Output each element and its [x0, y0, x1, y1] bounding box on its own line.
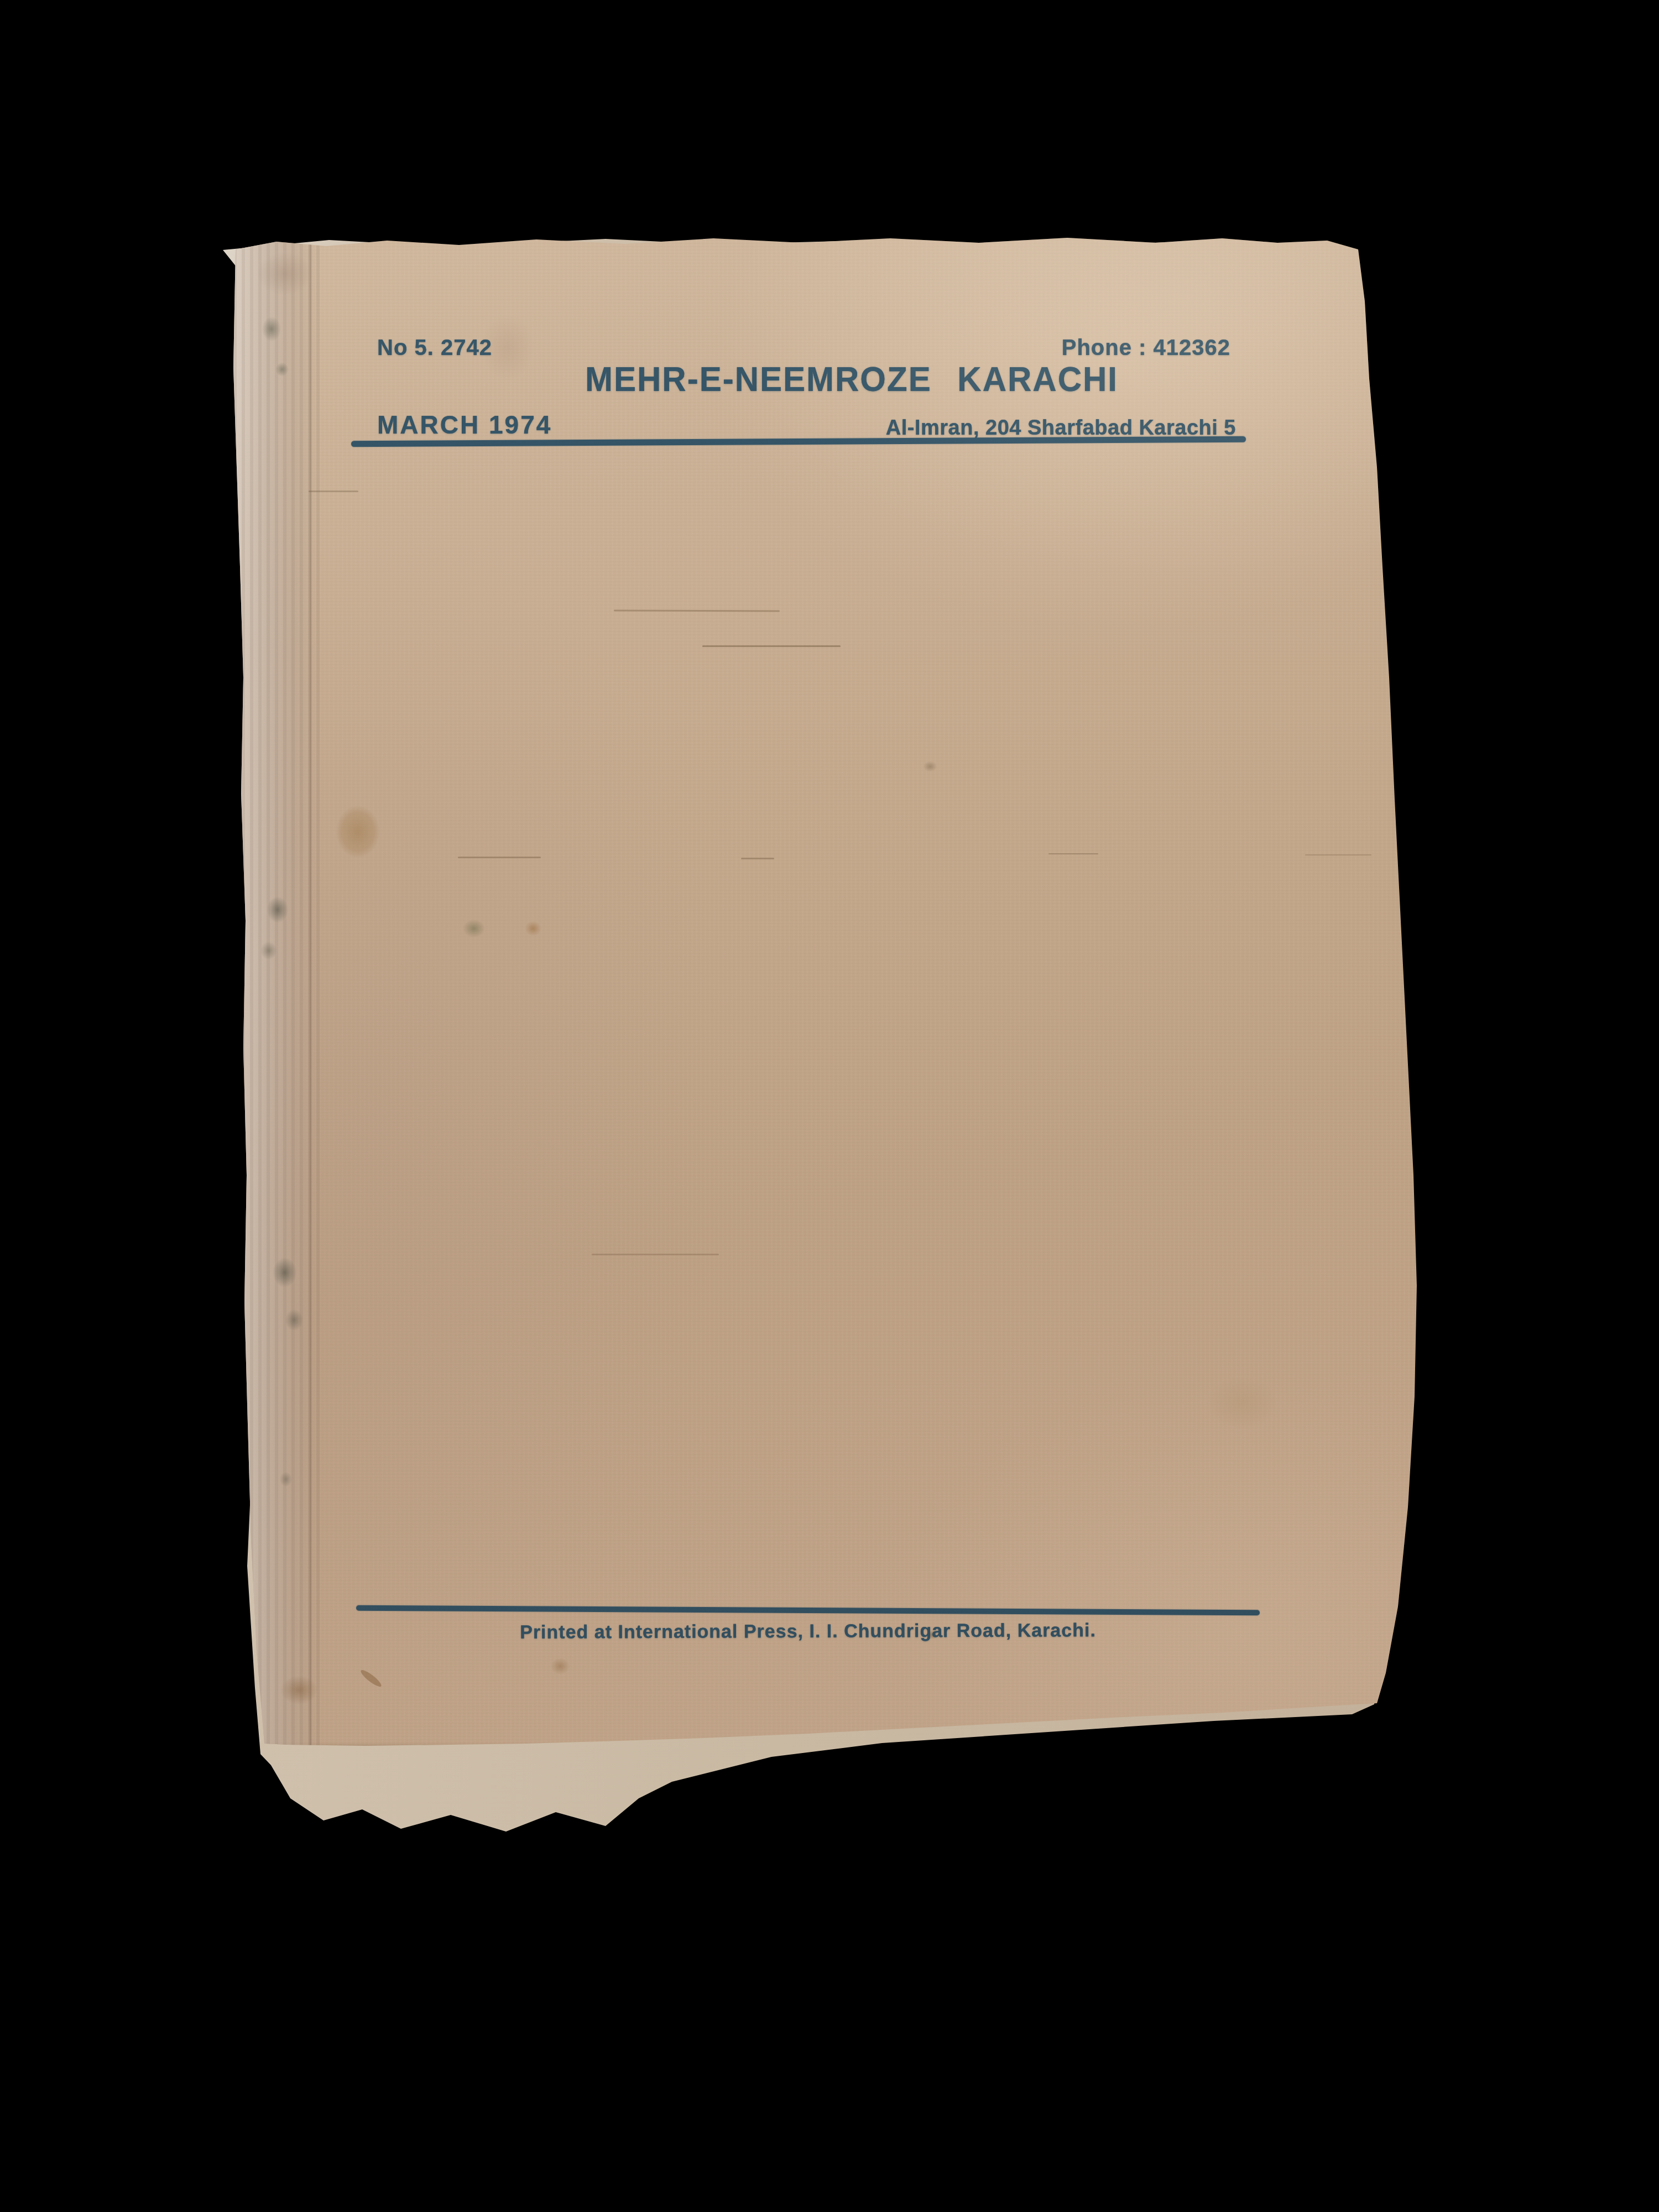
corner-stain — [274, 1671, 324, 1709]
paper-scratch — [458, 857, 541, 858]
spine-binding-strip — [233, 235, 321, 1750]
paper-stain — [459, 916, 489, 941]
serial-number: No 5. 2742 — [377, 336, 492, 361]
cover-title: MEHR-E-NEEMROZE KARACHI — [354, 359, 1349, 399]
spine-stain — [259, 312, 284, 346]
magazine-cover: No 5. 2742 Phone : 412362 MEHR-E-NEEMROZ… — [227, 235, 1421, 1750]
paper-scratch — [309, 491, 358, 492]
paper-scratch — [614, 609, 780, 612]
phone-number: Phone : 412362 — [946, 336, 1230, 361]
paper-stain — [522, 919, 544, 938]
spine-stain — [269, 1253, 301, 1292]
spine-crease-line — [310, 235, 311, 1750]
spine-stain — [282, 1306, 306, 1334]
paper-scratch — [741, 858, 774, 859]
paper-scratch — [702, 645, 841, 647]
printer-imprint: Printed at International Press, I. I. Ch… — [356, 1619, 1260, 1644]
paper-scratch — [359, 1668, 383, 1689]
photo-lighting-overlay — [227, 235, 1421, 1750]
spine-stain — [258, 938, 280, 963]
paper-stain — [921, 759, 940, 774]
spine-stain — [278, 1469, 294, 1489]
spine-stain — [249, 246, 321, 301]
photo-backdrop: No 5. 2742 Phone : 412362 MEHR-E-NEEMROZ… — [0, 0, 1659, 2212]
paper-scratch — [1048, 853, 1098, 854]
footer-divider-rule — [356, 1605, 1260, 1616]
paper-stain — [547, 1655, 573, 1677]
paper-stain — [330, 798, 386, 865]
issue-date: MARCH 1974 — [377, 410, 552, 440]
spine-stain — [273, 360, 291, 379]
paper-scratch — [592, 1254, 719, 1255]
paper-stain — [1198, 1370, 1286, 1436]
spine-stain — [263, 892, 292, 927]
paper-scratch — [1305, 854, 1371, 855]
